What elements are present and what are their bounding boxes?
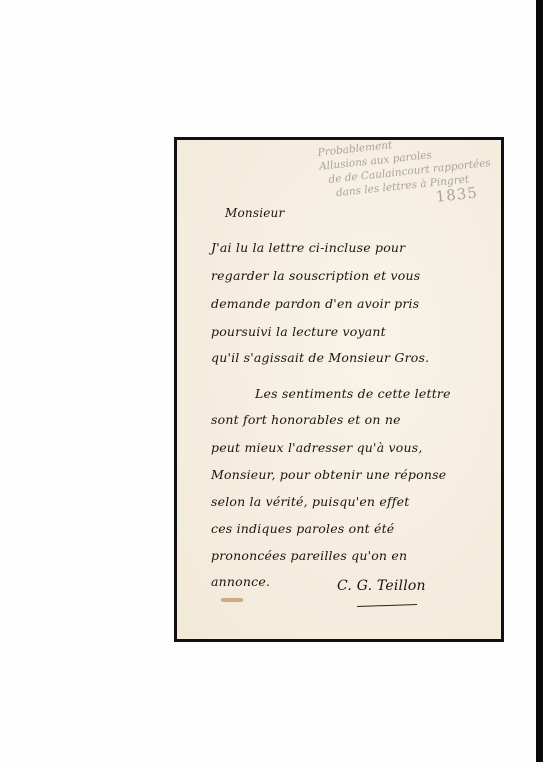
letter-line: J'ai lu la lettre ci-incluse pour — [211, 240, 405, 255]
letter-line: prononcées pareilles qu'on en — [211, 548, 407, 563]
letter-line: qu'il s'agissait de Monsieur Gros. — [211, 350, 429, 365]
letter-paper: Probablement Allusions aux paroles de de… — [174, 137, 504, 642]
letter-line: selon la vérité, puisqu'en effet — [211, 494, 409, 509]
letter-line: poursuivi la lecture voyant — [211, 324, 386, 339]
letter-line: ces indiques paroles ont été — [211, 521, 394, 536]
pencil-annotation: Probablement Allusions aux paroles de de… — [317, 127, 508, 216]
letter-line: Monsieur, pour obtenir une réponse — [211, 467, 446, 482]
letter-line: regarder la souscription et vous — [211, 268, 420, 283]
letter-line: sont fort honorables et on ne — [211, 412, 401, 427]
signature-underline — [357, 604, 417, 607]
letter-line: annonce. — [211, 574, 270, 589]
scan-edge-bar — [536, 0, 543, 762]
letter-line: demande pardon d'en avoir pris — [211, 296, 419, 311]
salutation: Monsieur — [225, 206, 284, 220]
letter-line: peut mieux l'adresser qu'à vous, — [211, 440, 423, 455]
letter-line: Les sentiments de cette lettre — [255, 386, 451, 401]
ink-stain — [221, 598, 243, 602]
signature: C. G. Teillon — [337, 578, 426, 594]
